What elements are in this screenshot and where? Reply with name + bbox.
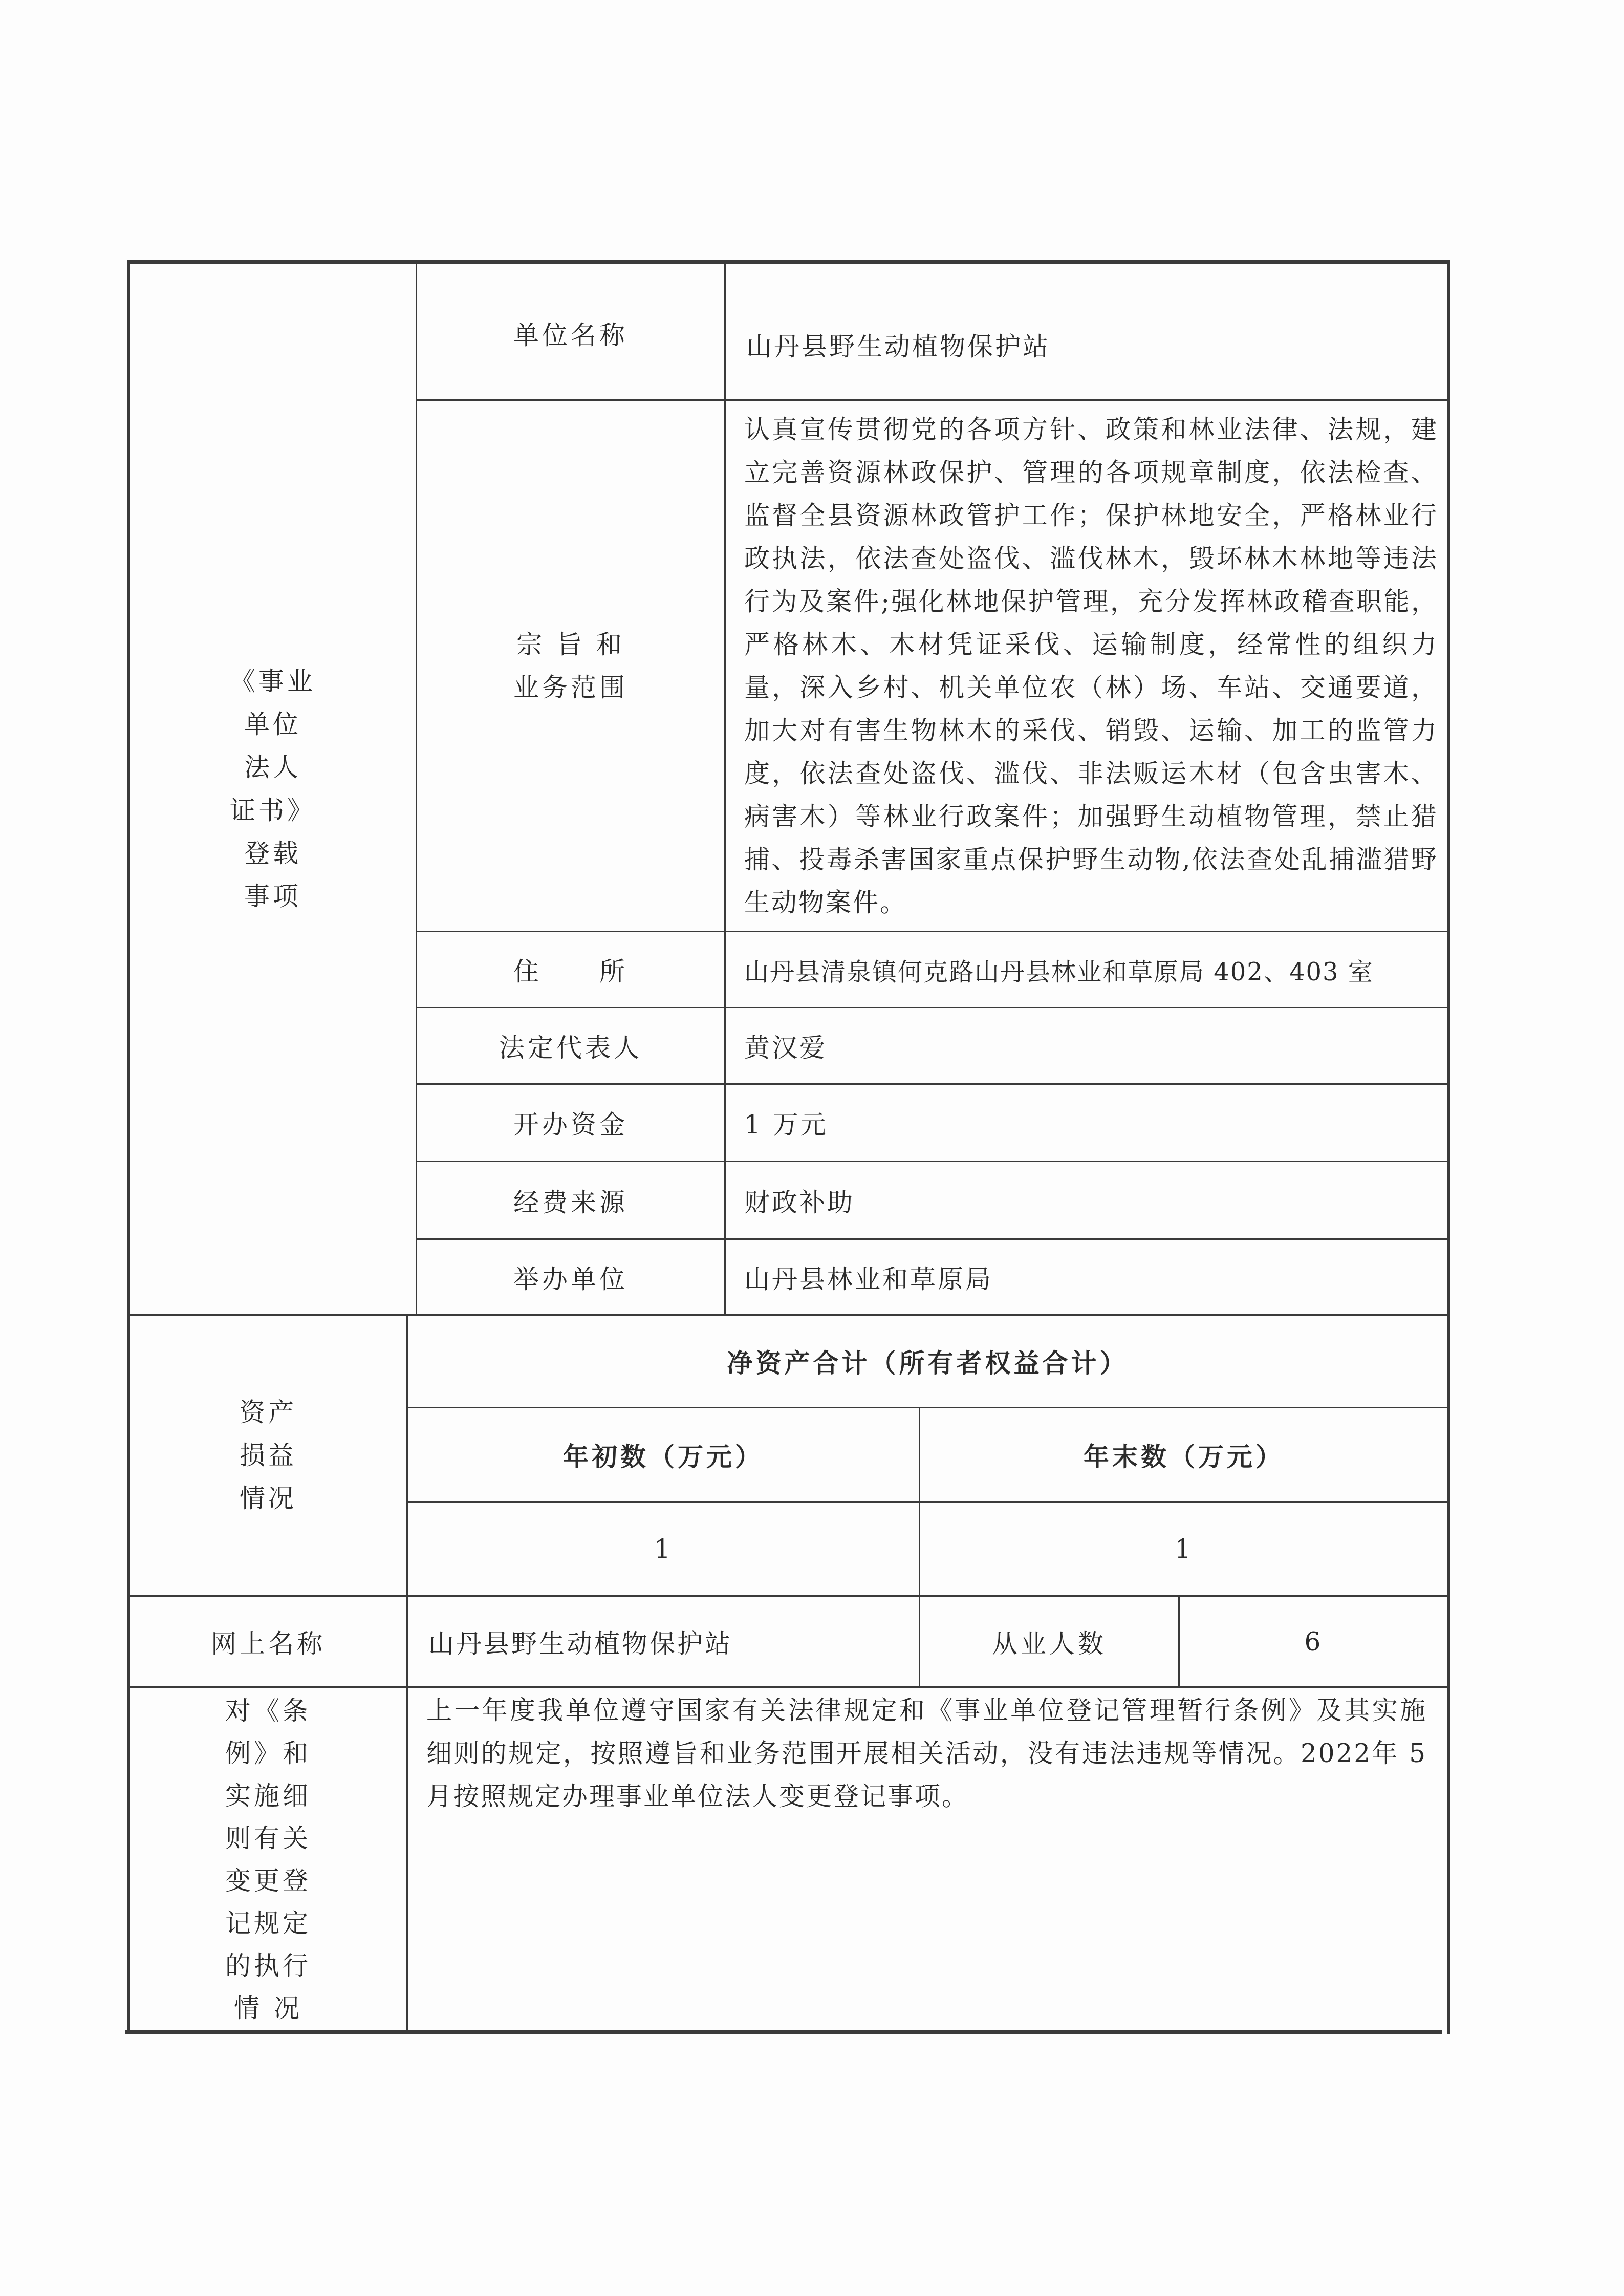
net-assets-header: 净资产合计（所有者权益合计） <box>408 1316 1447 1407</box>
begin-year-value: 1 <box>408 1503 919 1595</box>
label-line: 业务范围 <box>513 666 628 709</box>
legal-rep-value: 黄汉爱 <box>726 1008 1447 1083</box>
table-border-bottom <box>125 2030 1442 2034</box>
staff-count-label: 从业人数 <box>920 1597 1178 1686</box>
label-line: 变更登 <box>225 1860 311 1902</box>
staff-count-value: 6 <box>1180 1597 1447 1686</box>
label-line: 事项 <box>244 875 301 918</box>
label-line: 资产 <box>240 1391 297 1434</box>
label-line: 法人 <box>244 746 301 789</box>
label-line: 单位 <box>244 703 301 746</box>
online-name-label: 网上名称 <box>130 1597 406 1686</box>
label-line: 证书》 <box>230 789 316 832</box>
compliance-text: 上一年度我单位遵守国家有关法律规定和《事业单位登记管理暂行条例》及其实施细则的规… <box>408 1688 1447 2030</box>
label-line: 宗 旨 和 <box>516 623 625 666</box>
begin-year-label: 年初数（万元） <box>408 1408 919 1501</box>
label-line: 《事业 <box>230 660 316 703</box>
label-line: 情 况 <box>234 1987 302 2030</box>
document-page: 《事业 单位 法人 证书》 登载 事项 单位名称 山丹县野生动植物保护站 宗 旨… <box>0 0 1624 2296</box>
label-line: 例》和 <box>225 1732 311 1775</box>
unit-name-label: 单位名称 <box>417 264 724 399</box>
address-label: 住 所 <box>417 932 724 1007</box>
label-line: 实施细 <box>225 1775 311 1817</box>
assets-section-label: 资产 损益 情况 <box>130 1316 406 1595</box>
end-year-value: 1 <box>920 1503 1447 1595</box>
label-line: 损益 <box>240 1434 297 1477</box>
unit-name-value: 山丹县野生动植物保护站 <box>726 264 1447 399</box>
funding-label: 经费来源 <box>417 1162 724 1238</box>
sponsor-value: 山丹县林业和草原局 <box>726 1240 1447 1314</box>
funding-value: 财政补助 <box>726 1162 1447 1238</box>
legal-rep-label: 法定代表人 <box>417 1008 724 1083</box>
registration-section-label: 《事业 单位 法人 证书》 登载 事项 <box>130 264 416 1314</box>
address-value: 山丹县清泉镇何克路山丹县林业和草原局 402、403 室 <box>726 932 1447 1007</box>
label-line: 对《条 <box>225 1690 311 1732</box>
label-line: 登载 <box>244 832 301 875</box>
purpose-label: 宗 旨 和 业务范围 <box>417 401 724 931</box>
end-year-label: 年末数（万元） <box>920 1408 1447 1501</box>
online-name-value: 山丹县野生动植物保护站 <box>408 1597 919 1686</box>
label-line: 记规定 <box>225 1902 311 1945</box>
capital-value: 1 万元 <box>726 1085 1447 1161</box>
label-line: 的执行 <box>225 1945 311 1987</box>
label-line: 则有关 <box>225 1817 311 1860</box>
compliance-section-label: 对《条 例》和 实施细 则有关 变更登 记规定 的执行 情 况 <box>130 1688 406 2030</box>
table-border-right <box>1447 260 1450 2034</box>
purpose-value: 认真宣传贯彻党的各项方针、政策和林业法律、法规，建立完善资源林政保护、管理的各项… <box>726 401 1447 931</box>
capital-label: 开办资金 <box>417 1085 724 1161</box>
sponsor-label: 举办单位 <box>417 1240 724 1314</box>
table-border-top <box>128 260 1450 264</box>
label-line: 情况 <box>240 1477 297 1520</box>
